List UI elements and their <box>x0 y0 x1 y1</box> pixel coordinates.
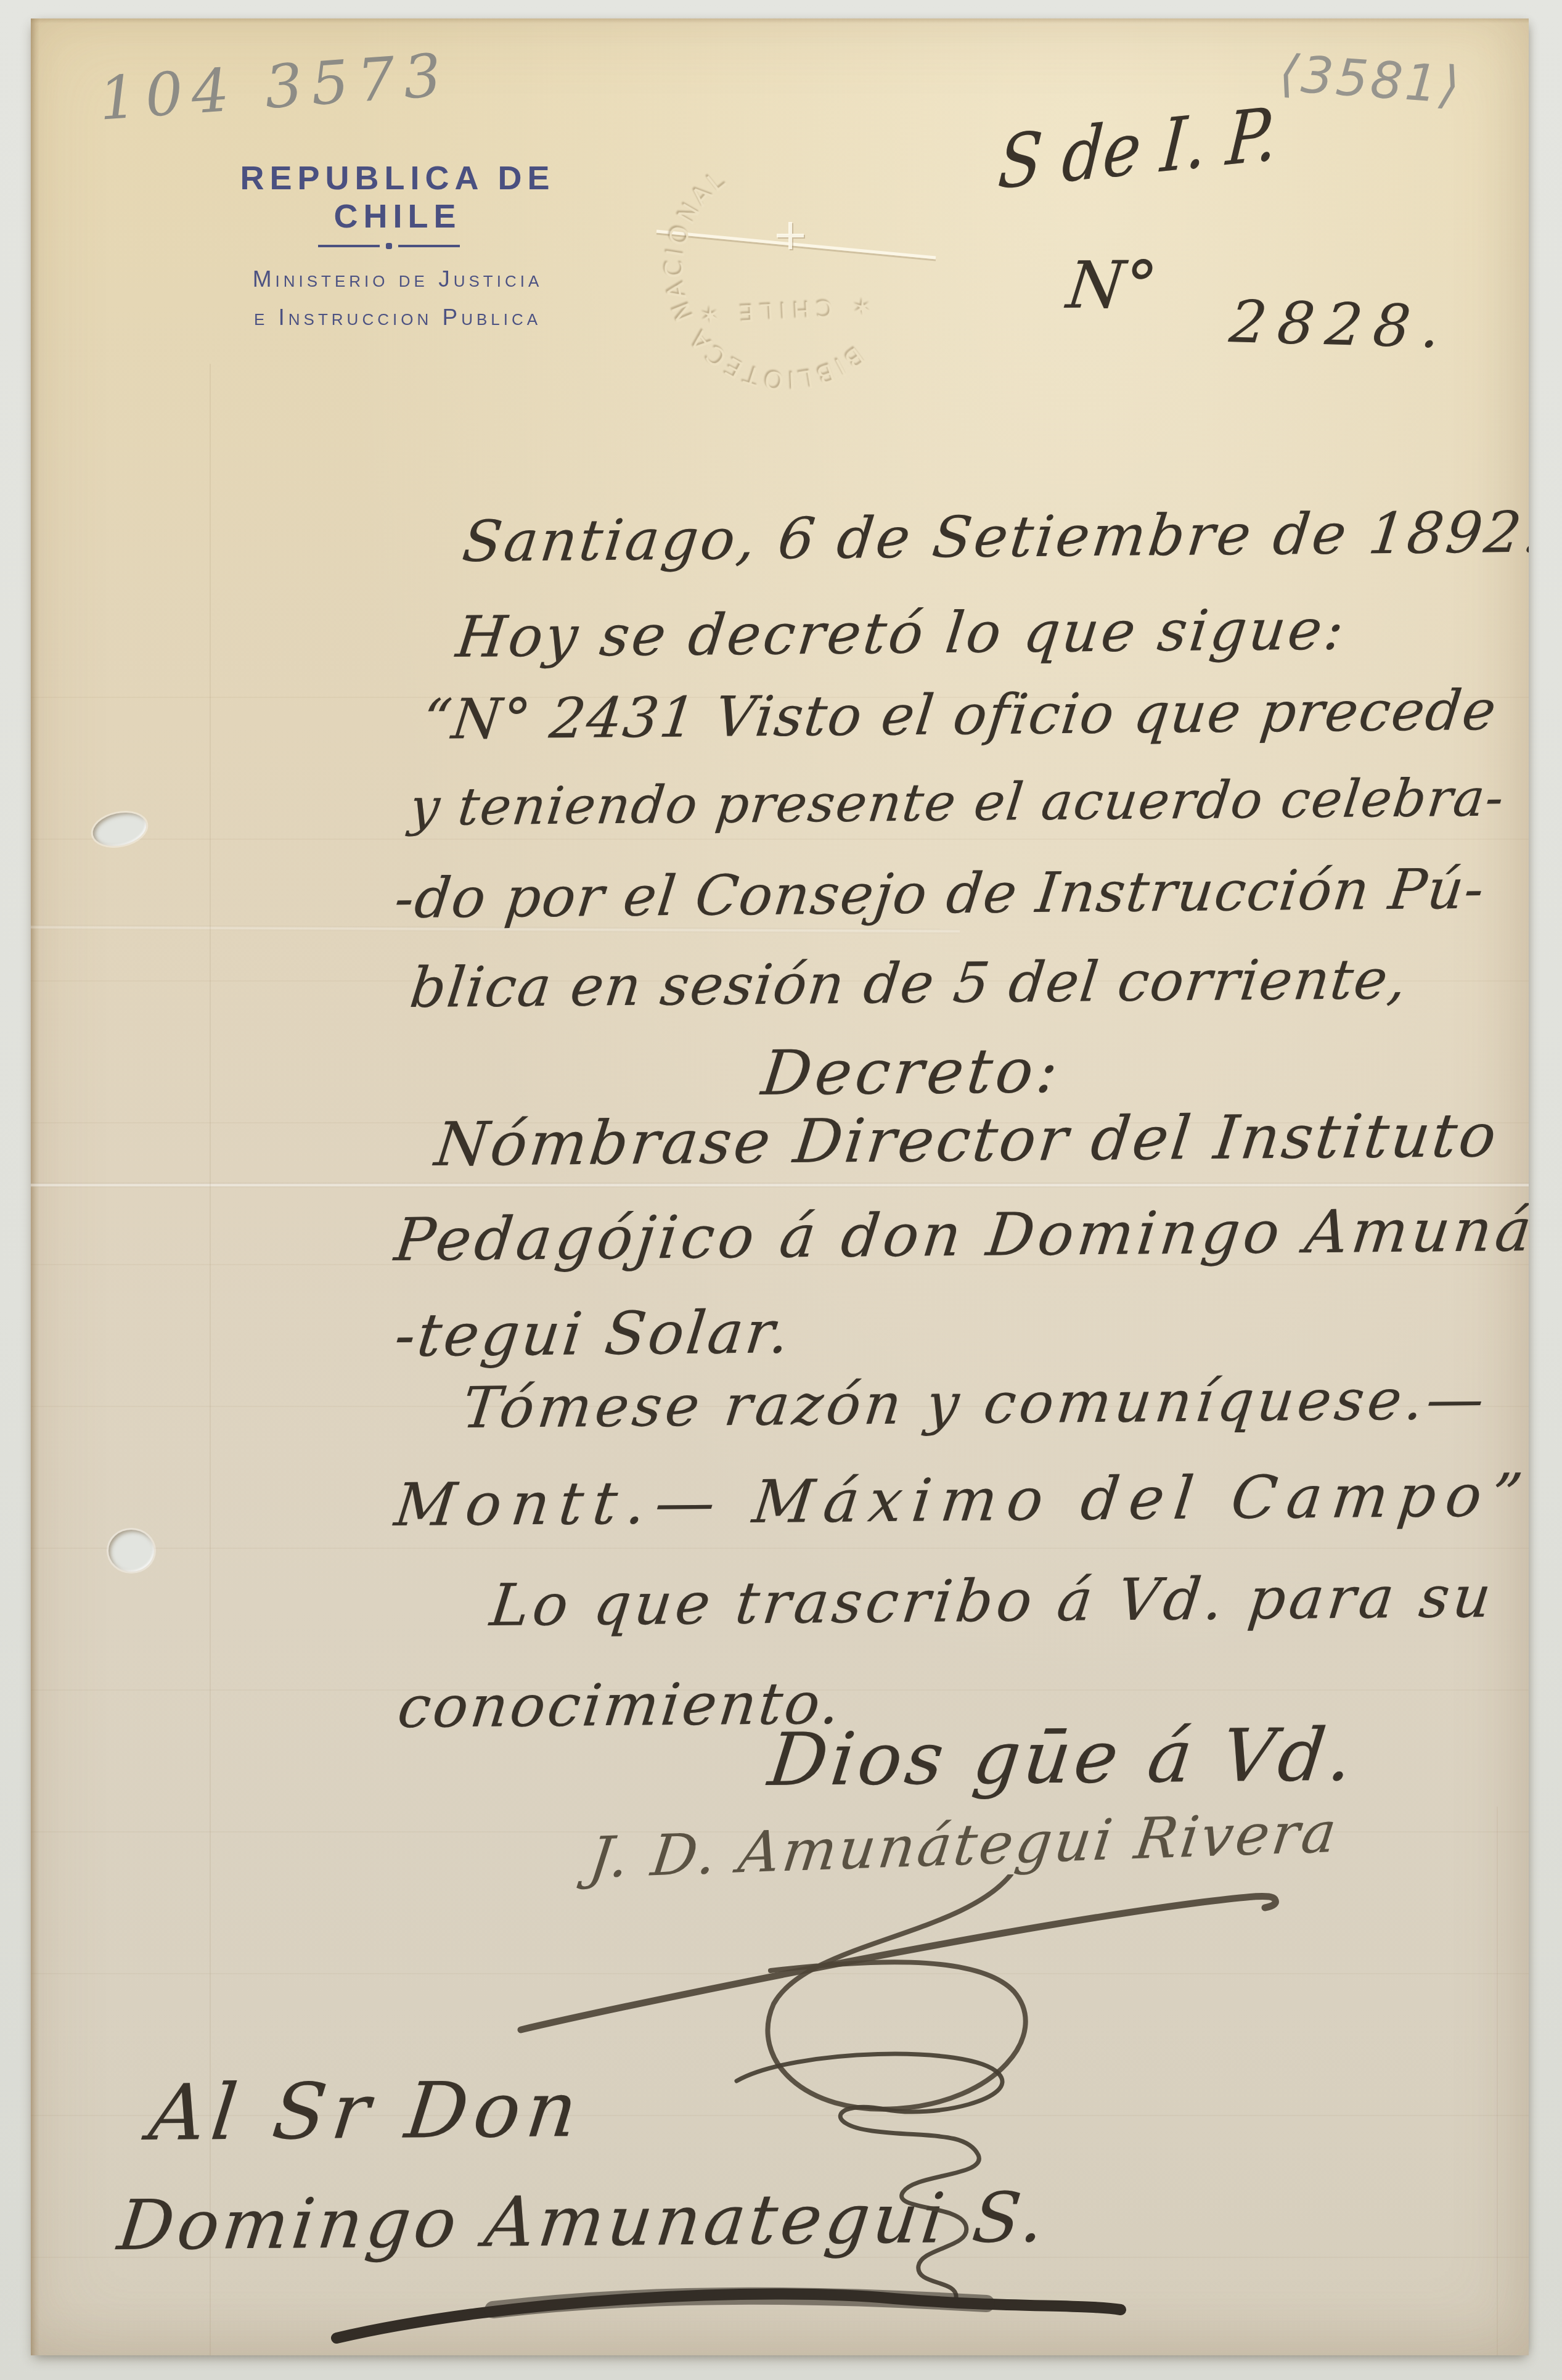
seal-inner-text: ✶ CHILE ✶ <box>693 293 873 329</box>
letterhead-ministry-line2: e Instruccion Publica <box>173 305 623 330</box>
seal-outer-text: BIBLIOTECA NACIONAL <box>655 157 870 401</box>
archive-number-pencil: 104 3573 <box>97 40 452 133</box>
valediction: Dios gūe á Vd. <box>764 1712 1360 1802</box>
document-number-label: N° <box>1063 247 1161 323</box>
signature-name: J. D. Amunátegui Rivera <box>586 1799 1343 1891</box>
handwritten-line: “N° 2431 Visto el oficio que precede <box>419 678 1500 752</box>
addressee-name: Domingo Amunategui S. <box>114 2178 1052 2266</box>
divider-line-left <box>318 245 380 247</box>
underline-flourish <box>308 2269 1153 2355</box>
vertical-crease-left <box>210 364 211 2355</box>
punch-hole-lower <box>108 1530 154 1572</box>
handwritten-line: Tómese razón y comuníquese.— <box>459 1366 1491 1441</box>
handwritten-line: blica en sesión de 5 del corriente, <box>407 947 1411 1020</box>
fold-crease-main <box>31 1183 1529 1188</box>
handwritten-line-decreto: Decreto: <box>758 1035 1065 1109</box>
handwritten-line: -tegui Solar. <box>391 1297 795 1370</box>
emboss-ridge <box>656 222 936 260</box>
punch-hole-upper <box>90 808 150 850</box>
letterhead-country: REPUBLICA DE CHILE <box>173 159 623 236</box>
embossed-library-seal: BIBLIOTECA NACIONAL ✶ CHILE ✶ <box>629 154 937 450</box>
document-number-value: 2828. <box>1227 289 1454 361</box>
handwritten-line: Pedagójico á don Domingo Amuná- <box>391 1196 1529 1274</box>
letterhead-divider <box>318 243 460 249</box>
handwritten-line: Nómbrase Director del Instituto <box>431 1101 1502 1180</box>
vertical-crease-right <box>1497 1807 1498 2355</box>
paper-sheet: 104 3573 ⟨3581⟩ REPUBLICA DE CHILE Minis… <box>31 18 1529 2355</box>
handwritten-line: -do por el Consejo de Instrucción Pú- <box>391 857 1488 931</box>
svg-text:BIBLIOTECA NACIONAL: BIBLIOTECA NACIONAL <box>655 157 870 401</box>
divider-line-right <box>398 245 460 247</box>
handwritten-line: Hoy se decretó lo que sigue: <box>453 596 1349 670</box>
section-reference-script: S de I. P. <box>996 92 1280 206</box>
addressee-salutation: Al Sr Don <box>145 2065 587 2158</box>
handwritten-line-dateline: Santiago, 6 de Setiembre de 1892. <box>459 499 1529 575</box>
handwritten-line: Montt.— Máximo del Campo” <box>391 1461 1529 1540</box>
addressee-spiral-flourish <box>700 2044 1082 2309</box>
handwritten-line: Lo que trascribo á Vd. para su <box>487 1564 1498 1639</box>
handwritten-line: y teniendo presente el acuerdo celebra- <box>407 768 1508 837</box>
archive-number-pencil-right: ⟨3581⟩ <box>1277 44 1464 115</box>
scanned-document: 104 3573 ⟨3581⟩ REPUBLICA DE CHILE Minis… <box>0 0 1562 2380</box>
signature-rubric-flourish <box>512 1874 1325 2164</box>
letterhead-ministry-line1: Ministerio de Justicia <box>173 266 623 292</box>
divider-dot <box>386 243 392 249</box>
